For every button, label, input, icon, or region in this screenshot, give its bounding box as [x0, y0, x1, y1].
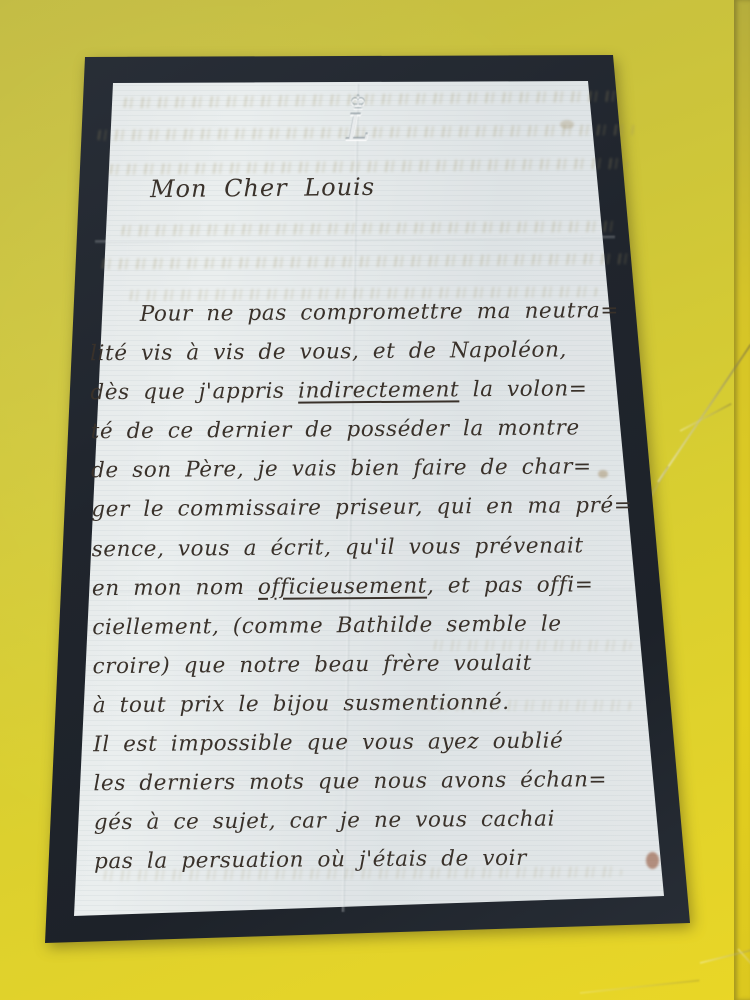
- letter-line: sence, vous a écrit, qu'il vous prévenai…: [92, 532, 657, 576]
- line-text: la volon=: [459, 377, 587, 403]
- letter-line: Il est impossible que vous ayez oublié: [93, 728, 658, 772]
- line-text: dès que j'appris: [90, 379, 298, 406]
- letter-line: dès que j'appris indirectement la volon=: [90, 376, 655, 420]
- letter-salutation: Mon Cher Louis: [150, 173, 375, 203]
- letter-line: gés à ce sujet, car je ne vous cachai: [94, 806, 659, 850]
- letter-line: lité vis à vis de vous, et de Napoléon,: [90, 337, 655, 381]
- line-text: en mon nom: [92, 575, 258, 601]
- letter-line: à tout prix le bijou susmentionné.: [93, 689, 658, 733]
- underlined-word: officieusement: [258, 573, 427, 599]
- letter-line: pas la persuation où j'étais de voir: [94, 845, 659, 889]
- paper-stain: [560, 120, 574, 129]
- letter-body: Pour ne pas compromettre ma neutra= lité…: [90, 298, 660, 889]
- embossed-crest: ♔ L: [332, 96, 384, 147]
- paper-stain: [646, 852, 659, 869]
- underlined-word: indirectement: [298, 378, 459, 404]
- letter-line: de son Père, je vais bien faire de char=: [91, 454, 656, 498]
- letter-line: Pour ne pas compromettre ma neutra=: [90, 298, 655, 342]
- photo-of-letter: { "scene": { "description": "Photograph …: [0, 0, 750, 1000]
- letter-line: ciellement, (comme Bathilde semble le: [92, 611, 657, 655]
- line-text: , et pas offi=: [427, 572, 594, 598]
- letter-line: les derniers mots que nous avons échan=: [93, 767, 658, 811]
- letter-line: croire) que notre beau frère voulait: [92, 650, 657, 694]
- crest-cipher-monogram: L: [332, 111, 384, 147]
- letter-line: en mon nom officieusement, et pas offi=: [92, 571, 657, 615]
- letter-line: ger le commissaire priseur, qui en ma pr…: [91, 493, 656, 537]
- letter-line: té de ce dernier de posséder la montre: [91, 415, 656, 459]
- paper-stain: [598, 470, 608, 478]
